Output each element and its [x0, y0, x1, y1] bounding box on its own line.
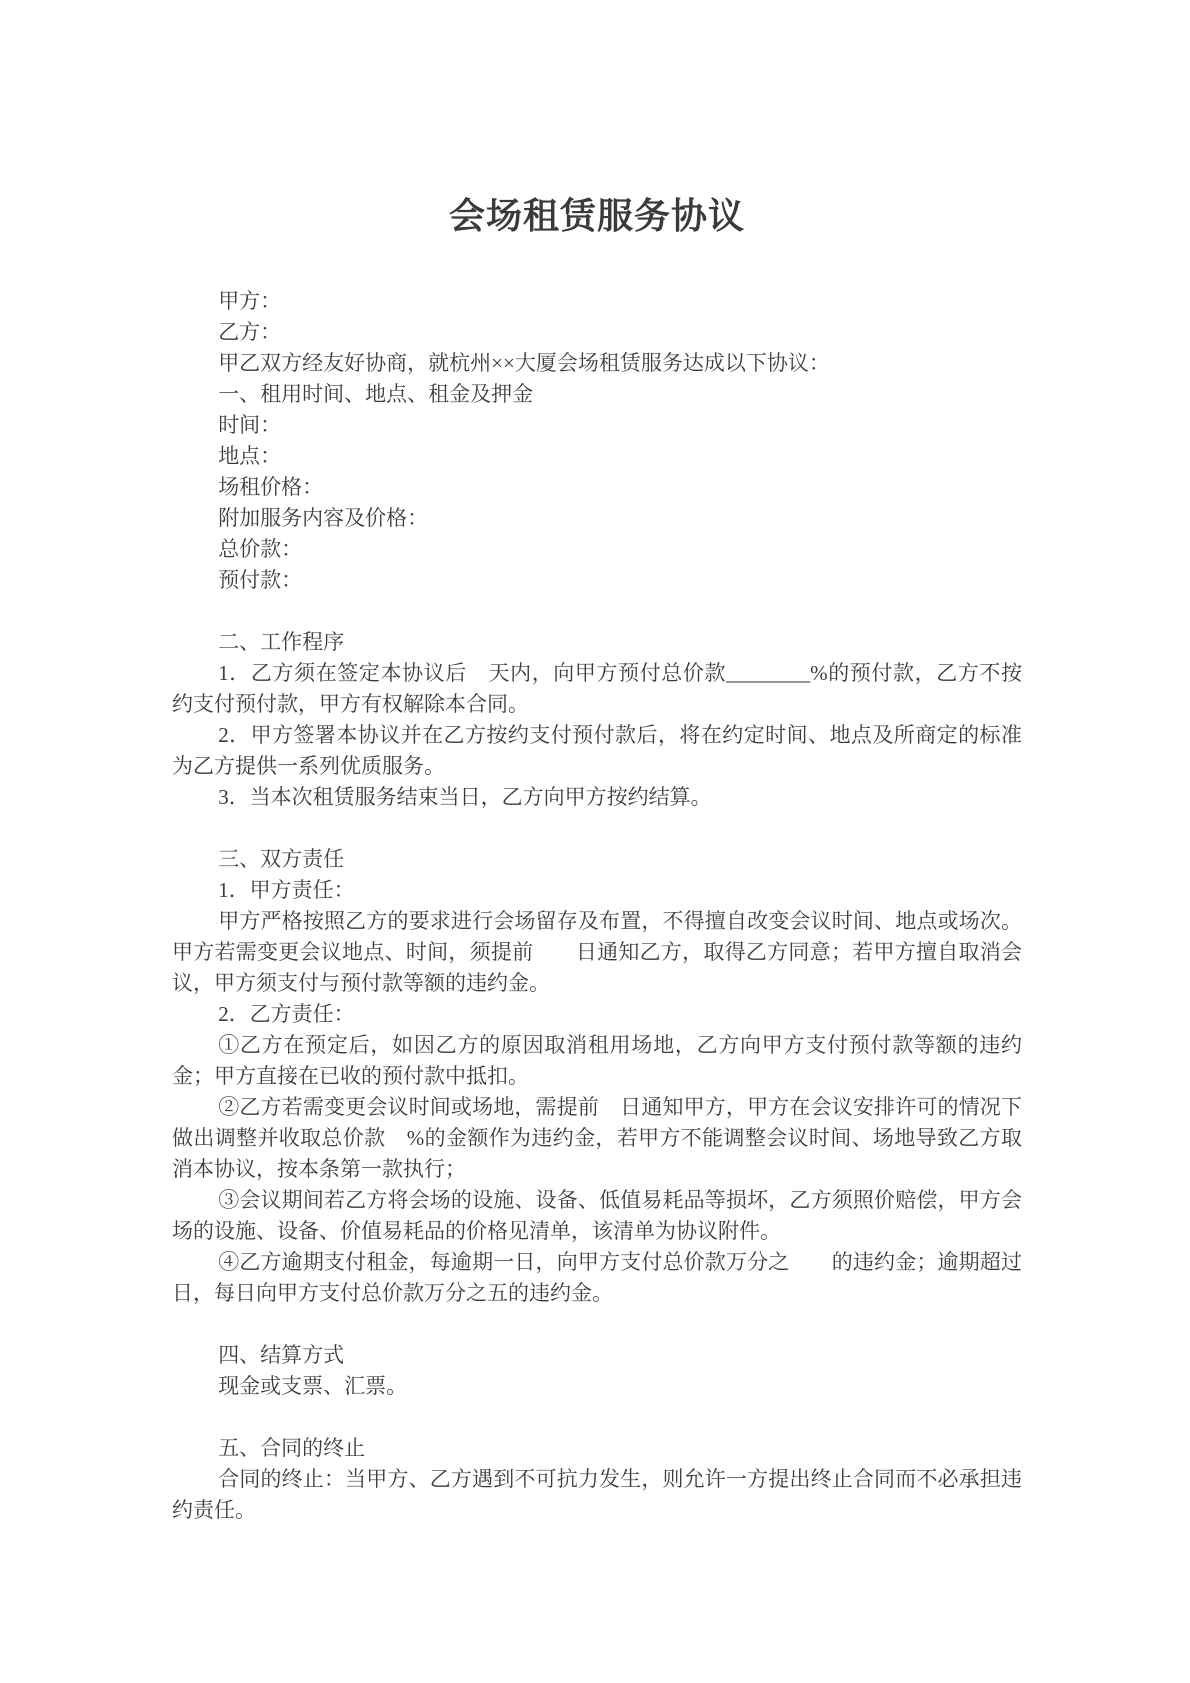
section-3-item-1: 1．甲方责任：	[172, 875, 1022, 906]
section-3-item-2-clause-2: ②乙方若需变更会议时间或场地，需提前 日通知甲方，甲方在会议安排许可的情况下做出…	[172, 1092, 1022, 1185]
field-time: 时间：	[172, 410, 1022, 441]
section-4-body: 现金或支票、汇票。	[172, 1371, 1022, 1402]
section-5-heading: 五、合同的终止	[172, 1433, 1022, 1464]
section-2-item-2: 2．甲方签署本协议并在乙方按约支付预付款后，将在约定时间、地点及所商定的标准为乙…	[172, 720, 1022, 782]
section-1-heading: 一、租用时间、地点、租金及押金	[172, 379, 1022, 410]
section-2-item-3: 3．当本次租赁服务结束当日，乙方向甲方按约结算。	[172, 782, 1022, 813]
section-5-body: 合同的终止：当甲方、乙方遇到不可抗力发生，则允许一方提出终止合同而不必承担违约责…	[172, 1464, 1022, 1526]
paragraph-party-a: 甲方：	[172, 286, 1022, 317]
field-total-price: 总价款：	[172, 534, 1022, 565]
document-page: 会场租赁服务协议 甲方： 乙方： 甲乙双方经友好协商，就杭州××大厦会场租赁服务…	[0, 0, 1190, 1683]
section-2-heading: 二、工作程序	[172, 627, 1022, 658]
section-3-item-1-body: 甲方严格按照乙方的要求进行会场留存及布置，不得擅自改变会议时间、地点或场次。甲方…	[172, 906, 1022, 999]
document-title: 会场租赁服务协议	[172, 195, 1022, 237]
section-4-heading: 四、结算方式	[172, 1340, 1022, 1371]
section-3-heading: 三、双方责任	[172, 844, 1022, 875]
document-body: 会场租赁服务协议 甲方： 乙方： 甲乙双方经友好协商，就杭州××大厦会场租赁服务…	[0, 0, 1190, 1526]
paragraph-party-b: 乙方：	[172, 317, 1022, 348]
section-3-item-2-clause-4: ④乙方逾期支付租金，每逾期一日，向甲方支付总价款万分之 的违约金；逾期超过 日，…	[172, 1247, 1022, 1309]
field-location: 地点：	[172, 441, 1022, 472]
section-3-item-2-clause-3: ③会议期间若乙方将会场的设施、设备、低值易耗品等损坏，乙方须照价赔偿，甲方会场的…	[172, 1185, 1022, 1247]
field-prepayment: 预付款：	[172, 565, 1022, 596]
field-venue-price: 场租价格：	[172, 472, 1022, 503]
section-3-item-2-clause-1: ①乙方在预定后，如因乙方的原因取消租用场地，乙方向甲方支付预付款等额的违约金；甲…	[172, 1030, 1022, 1092]
section-3-item-2: 2．乙方责任：	[172, 999, 1022, 1030]
paragraph-preamble: 甲乙双方经友好协商，就杭州××大厦会场租赁服务达成以下协议：	[172, 348, 1022, 379]
section-2-item-1: 1．乙方须在签定本协议后 天内，向甲方预付总价款________%的预付款，乙方…	[172, 658, 1022, 720]
field-extra-services: 附加服务内容及价格：	[172, 503, 1022, 534]
